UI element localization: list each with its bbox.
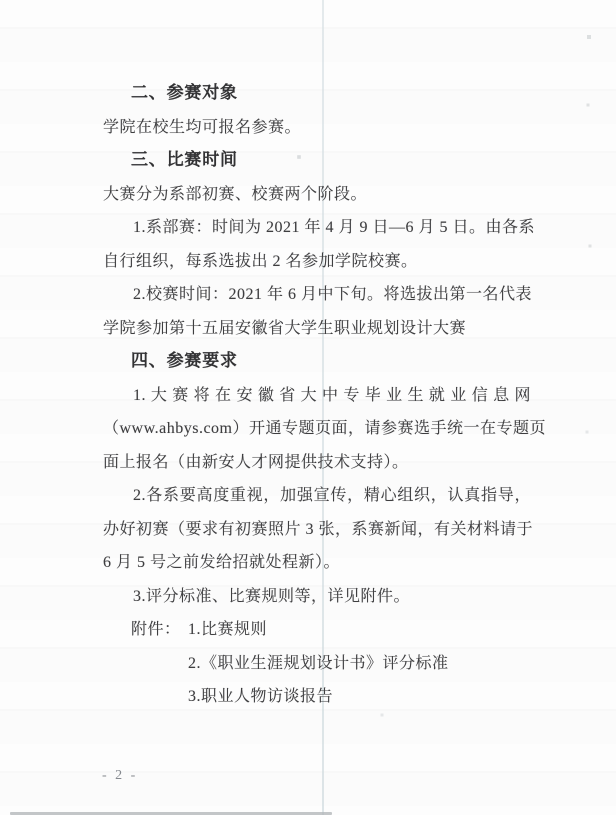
page-number: - 2 - bbox=[102, 766, 138, 786]
paragraph-line: 1.大赛将在安徽省大中专毕业生就业信息网 bbox=[103, 379, 531, 413]
attachment-item-text: 1.比赛规则 bbox=[188, 621, 267, 638]
paragraph-line: （www.ahbys.com）开通专题页面，请参赛选手统一在专题页 bbox=[103, 412, 531, 446]
paragraph-line: 学院在校生均可报名参赛。 bbox=[103, 111, 531, 145]
paragraph-line: 6 月 5 号之前发给招就处程新）。 bbox=[103, 546, 531, 580]
scanned-page: 二、参赛对象学院在校生均可报名参赛。三、比赛时间大赛分为系部初赛、校赛两个阶段。… bbox=[0, 0, 616, 815]
paragraph-line: 1.系部赛：时间为 2021 年 4 月 9 日—6 月 5 日。由各系 bbox=[103, 211, 531, 245]
paragraph-line: 2.校赛时间：2021 年 6 月中下旬。将选拔出第一名代表 bbox=[103, 278, 531, 312]
paragraph-line: 自行组织，每系选拔出 2 名参加学院校赛。 bbox=[103, 245, 531, 279]
section-heading: 二、参赛对象 bbox=[103, 77, 531, 111]
paragraph-line: 学院参加第十五届安徽省大学生职业规划设计大赛 bbox=[103, 312, 531, 346]
attachments-label: 附件： bbox=[103, 613, 188, 647]
document-body: 二、参赛对象学院在校生均可报名参赛。三、比赛时间大赛分为系部初赛、校赛两个阶段。… bbox=[103, 77, 531, 714]
scan-speckles bbox=[0, 0, 2, 2]
paragraph-line: 面上报名（由新安人才网提供技术支持）。 bbox=[103, 446, 531, 480]
paragraph-line: 办好初赛（要求有初赛照片 3 张，系赛新闻，有关材料请于 bbox=[103, 513, 531, 547]
section-heading: 四、参赛要求 bbox=[103, 345, 531, 379]
paragraph-line: 大赛分为系部初赛、校赛两个阶段。 bbox=[103, 178, 531, 212]
attachment-item: 2.《职业生涯规划设计书》评分标准 bbox=[103, 647, 531, 681]
section-heading: 三、比赛时间 bbox=[103, 144, 531, 178]
attachment-item: 3.职业人物访谈报告 bbox=[103, 680, 531, 714]
paragraph-line: 2.各系要高度重视，加强宣传，精心组织，认真指导， bbox=[103, 479, 531, 513]
attachment-item: 附件：1.比赛规则 bbox=[103, 613, 531, 647]
paragraph-line: 3.评分标准、比赛规则等，详见附件。 bbox=[103, 580, 531, 614]
scan-bottom-edge bbox=[10, 812, 332, 815]
